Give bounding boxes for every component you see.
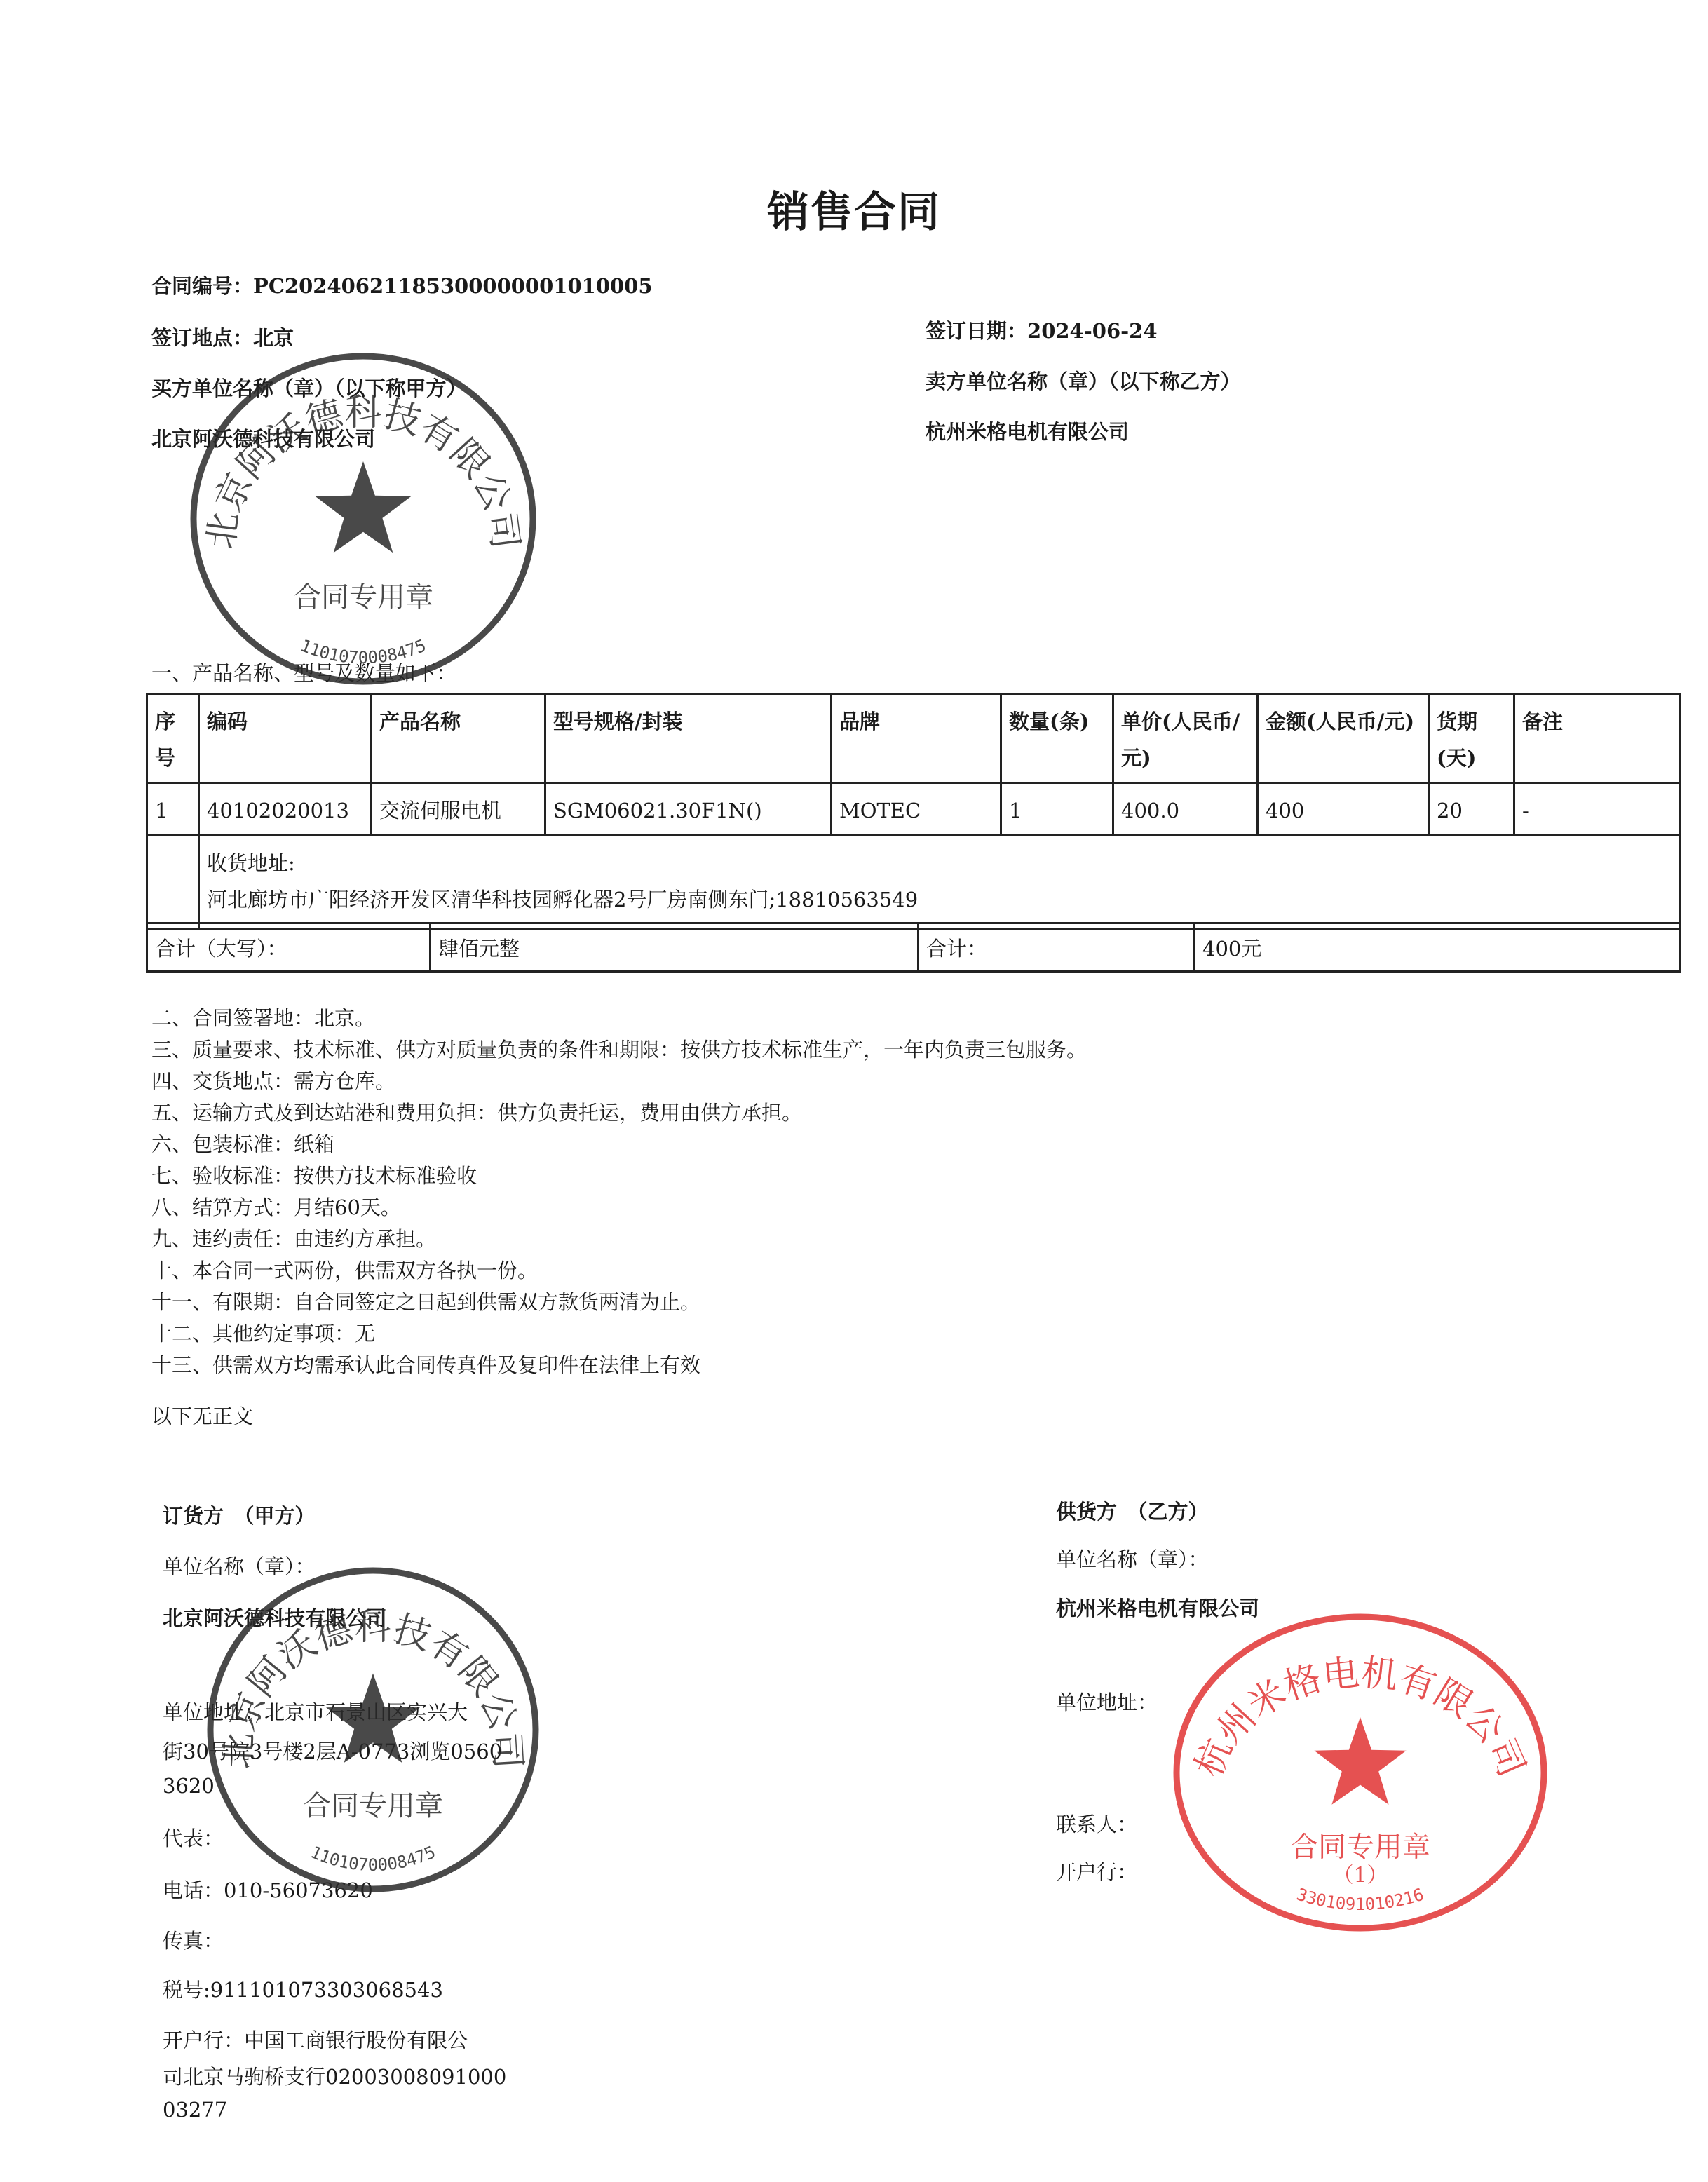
total-upper-label: 合计（大写）： xyxy=(147,923,431,972)
total-label: 合计： xyxy=(919,923,1195,972)
party-b-heading: 供货方 （乙方） xyxy=(1056,1496,1209,1525)
party-a-bank-line1: 开户行：中国工商银行股份有限公 xyxy=(163,2025,468,2054)
seller-name: 杭州米格电机有限公司 xyxy=(926,416,1129,445)
contract-number-line: 合同编号：PC20240621185300000001010005 xyxy=(151,271,653,299)
header-cell: 产品名称 xyxy=(372,694,545,783)
totals-table: 合计（大写）： 肆佰元整 合计： 400元 xyxy=(146,922,1681,973)
cell-unit-price: 400.0 xyxy=(1113,783,1258,836)
header-cell: 品牌 xyxy=(832,694,1001,783)
party-a-heading: 订货方 （甲方） xyxy=(163,1500,316,1529)
clause-11: 十一、有限期：自合同签定之日起到供需双方款货两清为止。 xyxy=(151,1287,700,1315)
total-value: 400元 xyxy=(1195,923,1680,972)
party-b-address-label: 单位地址： xyxy=(1056,1687,1158,1716)
cell-amount: 400 xyxy=(1258,783,1429,836)
sign-place-line: 签订地点：北京 xyxy=(151,323,294,351)
svg-text:1101070008475: 1101070008475 xyxy=(297,635,428,668)
clause-2: 二、合同签署地：北京。 xyxy=(151,1003,375,1031)
clause-4: 四、交货地点：需方仓库。 xyxy=(151,1066,395,1095)
header-cell: 数量(条) xyxy=(1001,694,1113,783)
buyer-seal-bottom: 北京阿沃德科技有限公司合同专用章1101070008475 xyxy=(205,1565,541,1895)
clause-9: 九、违约责任：由违约方承担。 xyxy=(151,1224,436,1252)
cell-model: SGM06021.30F1N() xyxy=(545,783,832,836)
header-cell: 备注 xyxy=(1514,694,1680,783)
svg-text:3301091010216: 3301091010216 xyxy=(1294,1885,1426,1914)
svg-text:合同专用章: 合同专用章 xyxy=(293,581,433,614)
sign-date: 2024-06-24 xyxy=(1027,319,1158,343)
cell-seq: 1 xyxy=(147,783,199,836)
cell-quantity: 1 xyxy=(1001,783,1113,836)
header-cell: 货期(天) xyxy=(1429,694,1514,783)
end-note: 以下无正文 xyxy=(151,1401,253,1430)
header-cell: 序号 xyxy=(147,694,199,783)
cell-brand: MOTEC xyxy=(832,783,1001,836)
clause-6: 六、包装标准：纸箱 xyxy=(151,1129,334,1158)
table-row: 1 40102020013 交流伺服电机 SGM06021.30F1N() MO… xyxy=(147,783,1680,836)
clause-12: 十二、其他约定事项：无 xyxy=(151,1318,375,1347)
party-a-fax-label: 传真： xyxy=(163,1925,224,1954)
document-title: 销售合同 xyxy=(0,179,1708,239)
party-a-tax-line: 税号:911101073303068543 xyxy=(163,1974,443,2003)
clause-3: 三、质量要求、技术标准、供方对质量负责的条件和期限：按供方技术标准生产，一年内负… xyxy=(151,1034,1087,1063)
party-a-tax-no: 911101073303068543 xyxy=(210,1978,443,2002)
header-cell: 单价(人民币/元) xyxy=(1113,694,1258,783)
header-cell: 型号规格/封装 xyxy=(545,694,832,783)
clause-5: 五、运输方式及到达站港和费用负担：供方负责托运，费用由供方承担。 xyxy=(151,1097,802,1126)
clause-13: 十三、供需双方均需承认此合同传真件及复印件在法律上有效 xyxy=(151,1350,700,1378)
header-cell: 编码 xyxy=(199,694,372,783)
contract-number: PC20240621185300000001010005 xyxy=(253,274,653,298)
sign-place: 北京 xyxy=(253,326,294,350)
cell-product-name: 交流伺服电机 xyxy=(372,783,545,836)
header-cell: 金额(人民币/元) xyxy=(1258,694,1429,783)
sign-date-line: 签订日期：2024-06-24 xyxy=(926,316,1158,344)
clause-10: 十、本合同一式两份，供需双方各执一份。 xyxy=(151,1255,538,1284)
sign-place-label: 签订地点： xyxy=(151,326,253,350)
cell-remark: - xyxy=(1514,783,1680,836)
total-upper: 肆佰元整 xyxy=(431,923,919,972)
delivery-address-row: 收货地址: 河北廊坊市广阳经济开发区清华科技园孵化器2号厂房南侧东门;18810… xyxy=(147,836,1680,929)
svg-text:合同专用章: 合同专用章 xyxy=(1290,1831,1430,1864)
sign-date-label: 签订日期： xyxy=(926,319,1027,343)
seller-seal: 杭州米格电机有限公司合同专用章（1）3301091010216 xyxy=(1171,1611,1550,1934)
delivery-address-label: 收货地址: xyxy=(207,845,1672,881)
party-b-contact-label: 联系人： xyxy=(1056,1809,1137,1838)
cell-code: 40102020013 xyxy=(199,783,372,836)
delivery-address: 河北廊坊市广阳经济开发区清华科技园孵化器2号厂房南侧东门;18810563549 xyxy=(207,881,1672,918)
party-a-tax-label: 税号: xyxy=(163,1978,210,2002)
buyer-seal-top: 北京阿沃德科技有限公司合同专用章1101070008475 xyxy=(188,351,538,687)
svg-text:合同专用章: 合同专用章 xyxy=(303,1790,443,1822)
clause-8: 八、结算方式：月结60天。 xyxy=(151,1192,401,1221)
table-header-row: 序号 编码 产品名称 型号规格/封装 品牌 数量(条) 单价(人民币/元) 金额… xyxy=(147,694,1680,783)
contract-number-label: 合同编号： xyxy=(151,274,253,298)
svg-text:（1）: （1） xyxy=(1332,1863,1388,1888)
party-a-bank-line2: 司北京马驹桥支行02003008091000 xyxy=(163,2061,506,2090)
cell-lead-time: 20 xyxy=(1429,783,1514,836)
svg-text:1101070008475: 1101070008475 xyxy=(308,1842,439,1875)
totals-row: 合计（大写）： 肆佰元整 合计： 400元 xyxy=(147,923,1680,972)
goods-table: 序号 编码 产品名称 型号规格/封装 品牌 数量(条) 单价(人民币/元) 金额… xyxy=(146,693,1681,930)
party-b-unit-name-label: 单位名称（章）： xyxy=(1056,1544,1209,1573)
clause-7: 七、验收标准：按供方技术标准验收 xyxy=(151,1160,477,1189)
party-b-bank-label: 开户行： xyxy=(1056,1857,1137,1885)
party-a-bank-line3: 03277 xyxy=(163,2098,227,2122)
delivery-address-cell: 收货地址: 河北廊坊市广阳经济开发区清华科技园孵化器2号厂房南侧东门;18810… xyxy=(199,836,1680,929)
seller-label: 卖方单位名称（章）（以下称乙方） xyxy=(926,366,1241,395)
